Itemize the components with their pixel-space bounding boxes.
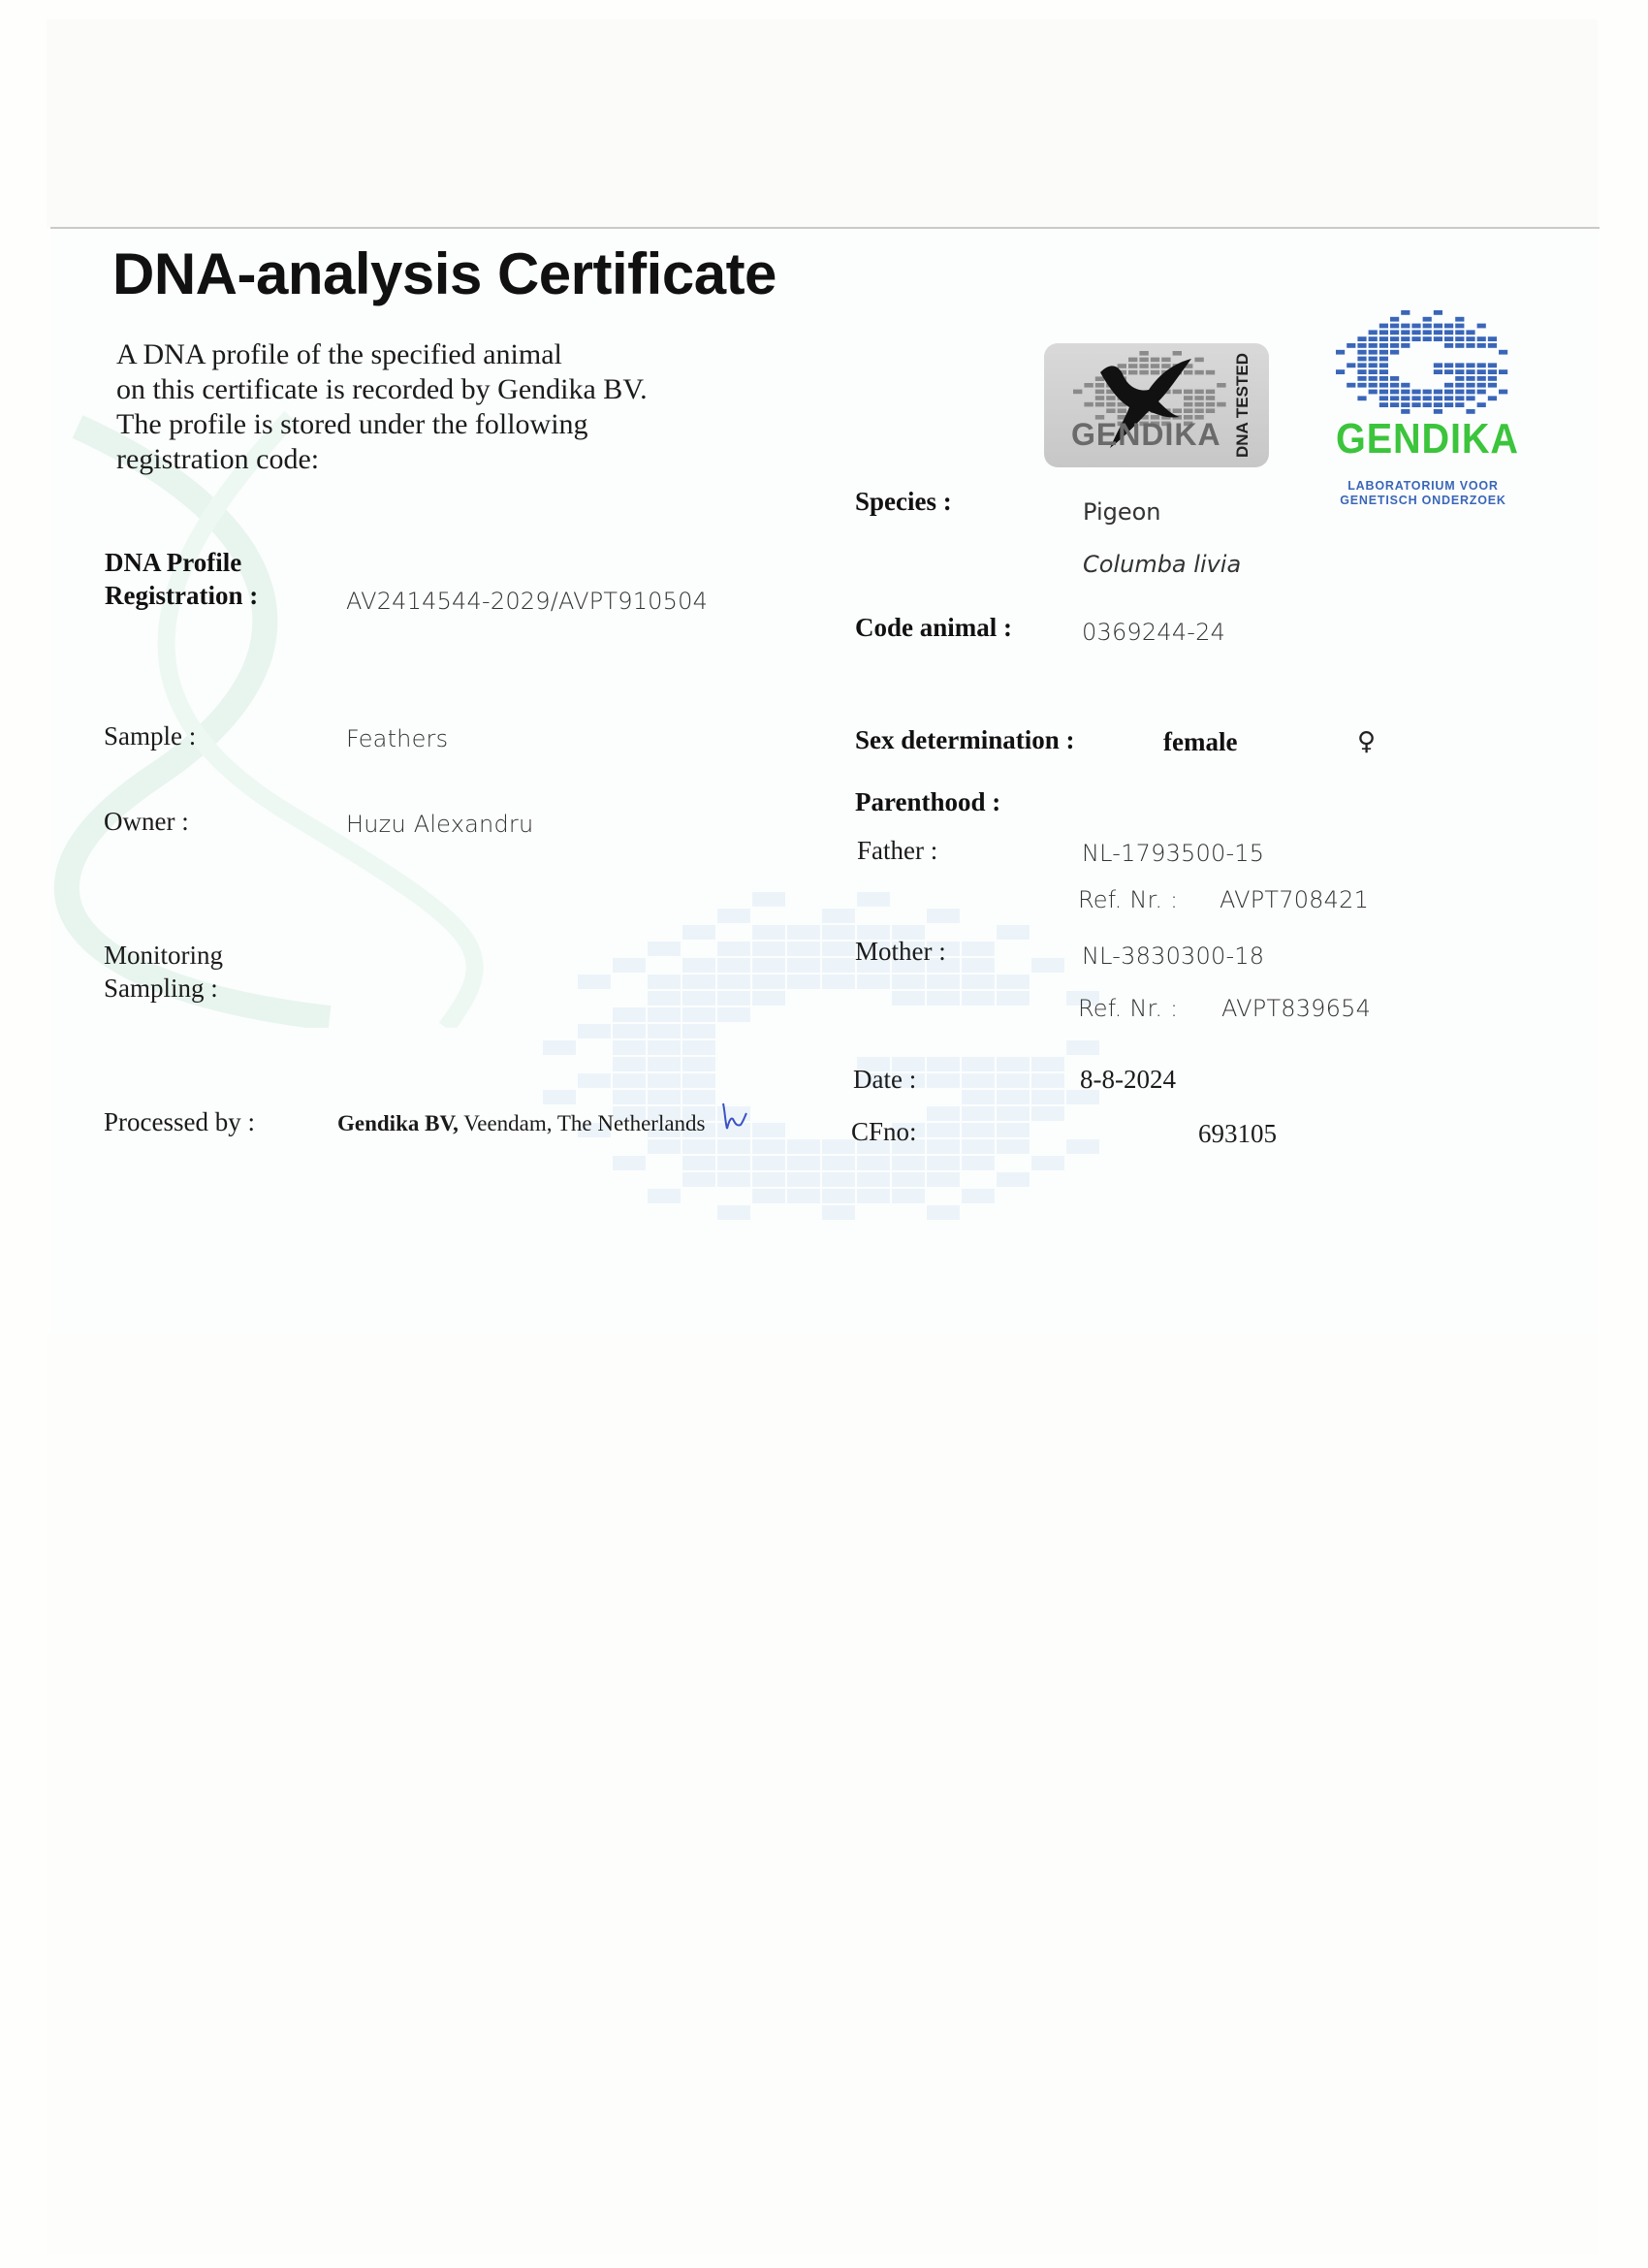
page-title: DNA-analysis Certificate (112, 240, 776, 307)
mother-ring-number: NL-3830300-18 (1082, 942, 1264, 970)
owner-value: Huzu Alexandru (346, 811, 533, 838)
logo-name: GENDIKA (1336, 415, 1519, 463)
female-symbol-icon: ♀ (1357, 727, 1376, 756)
logo-subtitle-line: LABORATORIUM VOOR (1338, 479, 1508, 494)
monitoring-label-line: Sampling : (104, 972, 223, 1005)
mother-ref-number: AVPT839654 (1221, 995, 1371, 1022)
cfno-value: 693105 (1198, 1119, 1277, 1149)
gendika-logo-watermark (543, 892, 1105, 1222)
registration-label-line: Registration : (105, 579, 258, 612)
species-latin-name: Columba livia (1083, 551, 1241, 578)
intro-line: A DNA profile of the specified animal (116, 337, 776, 372)
sample-label: Sample : (104, 721, 196, 751)
registration-code: AV2414544-2029/AVPT910504 (346, 588, 708, 615)
intro-text: A DNA profile of the specified animal on… (116, 337, 776, 477)
species-label: Species : (855, 487, 952, 517)
signature-mark (719, 1096, 748, 1134)
dna-barcode-g-icon (1336, 310, 1510, 417)
registration-label: DNA Profile Registration : (105, 546, 258, 612)
badge-brand-text: GENDIKA (1071, 417, 1221, 453)
processed-by-label: Processed by : (104, 1107, 255, 1137)
dna-tested-badge: GENDIKA DNA TESTED (1044, 343, 1269, 467)
dna-helix-watermark (39, 407, 543, 1028)
date-label: Date : (853, 1065, 916, 1095)
cfno-label: CFno: (851, 1117, 917, 1147)
monitoring-sampling-label: Monitoring Sampling : (104, 939, 223, 1005)
mother-ref-label: Ref. Nr. : (1078, 995, 1178, 1022)
sex-label: Sex determination : (855, 725, 1074, 755)
intro-line: on this certificate is recorded by Gendi… (116, 372, 776, 407)
father-label: Father : (857, 836, 937, 866)
monitoring-label-line: Monitoring (104, 939, 223, 972)
father-ref-number: AVPT708421 (1220, 886, 1369, 913)
species-common-name: Pigeon (1083, 498, 1161, 526)
intro-line: registration code: (116, 442, 776, 477)
scan-margin-top (47, 19, 1598, 228)
code-animal-label: Code animal : (855, 613, 1012, 643)
logo-subtitle: LABORATORIUM VOOR GENETISCH ONDERZOEK (1338, 479, 1508, 508)
parenthood-label: Parenthood : (855, 787, 1000, 817)
logo-subtitle-line: GENETISCH ONDERZOEK (1338, 494, 1508, 508)
scan-margin-bottom (47, 1334, 1598, 2255)
processor-name: Gendika BV, (337, 1111, 459, 1135)
processed-by-value: Gendika BV, Veendam, The Netherlands (337, 1111, 706, 1136)
date-value: 8-8-2024 (1080, 1065, 1176, 1095)
owner-label: Owner : (104, 807, 189, 837)
processor-location: Veendam, The Netherlands (463, 1111, 705, 1135)
sex-value: female (1163, 727, 1237, 757)
badge-tested-text: DNA TESTED (1233, 353, 1252, 458)
mother-label: Mother : (855, 937, 946, 967)
code-animal-value: 0369244-24 (1082, 619, 1225, 646)
intro-line: The profile is stored under the followin… (116, 407, 776, 442)
registration-label-line: DNA Profile (105, 546, 258, 579)
father-ring-number: NL-1793500-15 (1082, 840, 1264, 867)
father-ref-label: Ref. Nr. : (1078, 886, 1178, 913)
sample-value: Feathers (346, 725, 448, 752)
